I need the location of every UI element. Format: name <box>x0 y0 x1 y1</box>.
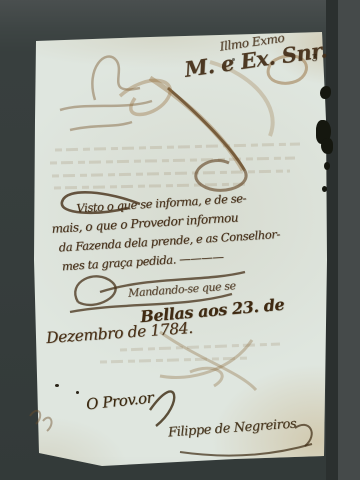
edge-annotation-mark: ʒ <box>312 52 317 62</box>
paper-edge-shadow <box>326 0 338 480</box>
ink-speck <box>76 391 79 394</box>
body-paragraph: Visto o que se informa, e de se- mais, o… <box>48 187 282 277</box>
background-right-band <box>337 0 360 480</box>
ink-blot <box>322 186 327 192</box>
ink-speck <box>55 384 59 387</box>
ink-blot <box>321 138 333 154</box>
ink-blot <box>324 162 330 170</box>
photographed-manuscript-scene: Illmo Exmo M. e Ex. Snr. ʒ Visto o que s… <box>0 0 360 480</box>
